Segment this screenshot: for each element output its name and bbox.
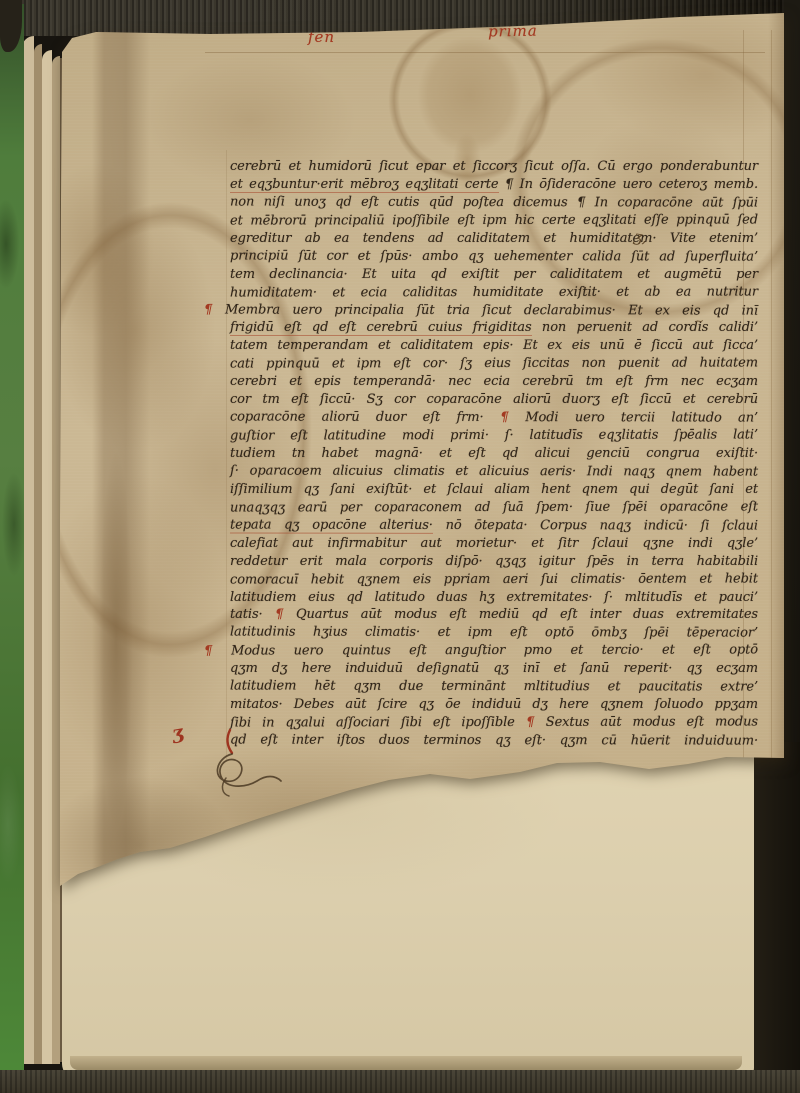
manuscript-text-segment: qd eſt inter iſtos duos terminos qʒ eſt·… [230,732,758,748]
manuscript-text-segment: tatem temperandam et caliditatem epis· E… [230,338,758,353]
ruling-line-horizontal [205,52,765,53]
manuscript-text-segment: cerebri et epis temperandā· nec ecia cer… [230,374,758,389]
manuscript-text-segment: cati ppinquū et ipm eſt cor· ſʒ eius ſic… [230,356,758,372]
rubric-paraph-mark: ¶ [204,644,231,659]
manuscript-text-segment: Modus uero quintus eſt anguſtior pmo et … [231,643,758,659]
manuscript-line: egreditur ab ea tendens ad caliditatem e… [230,230,758,248]
manuscript-line: et mēbrorū principaliū ipoſſibile eſt ip… [230,211,758,230]
manuscript-text-segment: cor tm eſt ſiccū· Sʒ cor coparacōne alio… [230,392,758,407]
manuscript-line: latitudiem hēt qʒm due terminānt mltitud… [230,678,758,697]
manuscript-line: et eqʒbuntur·erit mēbroʒ eqʒlitati certe… [230,176,758,194]
manuscript-line: calefiat aut infirmabitur aut morietur· … [230,535,758,553]
rubric-paraph-mark: ¶ [263,607,296,622]
manuscript-text-segment: reddetur erit mala corporis diſpō· qʒqʒ … [230,554,758,569]
manuscript-text-segment: Membra uero principalia ſūt tria ſicut d… [225,302,758,318]
manuscript-leaf: fen prima cerebrū et humidorū ſicut epar… [0,0,800,1093]
manuscript-text-segment: iſſimilium qʒ ſani exiſtūt· et ſclaui al… [230,482,758,497]
ruling-line-vertical [226,150,227,760]
manuscript-line: ſ· oparacoem alicuius climatis et alicui… [230,462,758,481]
manuscript-line: guſtior eſt latitudine modi primi· ſ· la… [230,427,758,446]
ruling-line-vertical [771,30,772,758]
torn-leaf-wrapper: fen prima cerebrū et humidorū ſicut epar… [0,0,800,1093]
manuscript-text-segment: latitudiem eius qd latitudo duas hʒ extr… [230,590,758,605]
manuscript-line: cati ppinquū et ipm eſt cor· ſʒ eius ſic… [230,355,758,374]
manuscript-line: humiditatem· et ecia caliditas humiditat… [230,283,758,302]
manuscript-line: ¶ Modus uero quintus eſt anguſtior pmo e… [204,642,758,661]
manuscript-text-segment: tepata qʒ opacōne alterius· [230,517,433,533]
manuscript-line: ſibi in qʒalui aſſociari ſibi eſt ipoſſi… [230,714,758,733]
green-binding-edge [0,4,24,1093]
running-title-right: prima [488,22,538,41]
manuscript-line: latitudiem eius qd latitudo duas hʒ extr… [230,589,758,607]
manuscript-text-segment: non peruenit ad cordis calidi’ [532,320,758,335]
manuscript-line: mitatos· Debes aūt ſcire qʒ ōe indiduū d… [230,696,758,714]
manuscript-line: unaqʒqʒ earū per coparaconem ad ſuā ſpem… [230,498,758,517]
manuscript-line: cerebrū et humidorū ſicut epar et ſiccor… [230,158,758,176]
manuscript-text-segment: et eqʒbuntur·erit mēbroʒ eqʒlitati certe [230,177,499,193]
manuscript-text-segment: ¶ In ōſideracōne uero ceteroʒ memb. [499,177,758,192]
manuscript-text-segment: tatis· [230,607,263,622]
manuscript-line: non niſi unoʒ qd eſt cutis qūd poſtea di… [230,193,758,212]
manuscript-text-segment: mitatos· Debes aūt ſcire qʒ ōe indiduū d… [230,697,758,712]
manuscript-text-segment: egreditur ab ea tendens ad caliditatem e… [230,231,758,246]
manuscript-text-segment: unaqʒqʒ earū per coparaconem ad ſuā ſpem… [230,499,758,515]
manuscript-text-segment: Modi uero tercii latitudo an’ [525,410,758,425]
manuscript-text-segment: Quartus aūt modus eſt mediū qd eſt inter… [296,607,758,622]
manuscript-text-segment: et mēbrorū principaliū ipoſſibile eſt ip… [230,212,758,228]
manuscript-text-segment: frigidū eſt qd eſt cerebrū cuius frigidi… [230,320,532,336]
manuscript-text-segment: humiditatem· et ecia caliditas humiditat… [230,284,758,300]
rubric-paraph-mark: ¶ [484,410,526,425]
manuscript-text-segment: cerebrū et humidorū ſicut epar et ſiccor… [230,159,758,174]
manuscript-line: tem declinancia· Et uita qd exiſtit per … [230,266,758,284]
manuscript-line: ¶ Membra uero principalia ſūt tria ſicut… [204,301,758,320]
book-cover-bottom-edge [0,1070,800,1093]
manuscript-line: cerebri et epis temperandā· nec ecia cer… [230,373,758,391]
marginal-squiggle-mark: ʒ, [633,227,649,247]
manuscript-line: tepata qʒ opacōne alterius· nō ōtepata· … [230,516,758,535]
manuscript-line: iſſimilium qʒ ſani exiſtūt· et ſclaui al… [230,481,758,499]
manuscript-text-segment: calefiat aut infirmabitur aut morietur· … [230,536,758,551]
manuscript-text-segment: guſtior eſt latitudine modi primi· ſ· la… [230,428,758,444]
manuscript-text-segment: latitudinis hʒius climatis· et ipm eſt o… [230,625,758,641]
manuscript-photo: fen prima cerebrū et humidorū ſicut epar… [0,0,800,1093]
manuscript-line: tatis· ¶ Quartus aūt modus eſt mediū qd … [230,606,758,624]
manuscript-line: latitudinis hʒius climatis· et ipm eſt o… [230,624,758,643]
manuscript-line: qʒm dʒ here induiduū deſignatū qʒ inī et… [230,660,758,678]
manuscript-line: tudiem tn habet magnā· et eſt qd alicui … [230,445,758,463]
running-title-left: fen [308,28,335,46]
manuscript-text-segment: comoracuī hebit qʒnem eis ppriam aeri ſu… [230,571,758,587]
text-block: cerebrū et humidorū ſicut epar et ſiccor… [230,158,758,750]
manuscript-text-segment: tudiem tn habet magnā· et eſt qd alicui … [230,446,758,461]
manuscript-line: coparacōne aliorū duor eſt frm· ¶ Modi u… [230,409,758,428]
manuscript-text-segment: qʒm dʒ here induiduū deſignatū qʒ inī et… [230,661,758,676]
marginal-tilde-mark: ~ [693,314,704,329]
manuscript-text-segment: principiū ſūt cor et ſpūs· ambo qʒ uehem… [230,248,758,264]
manuscript-text-segment: coparacōne aliorū duor eſt frm· [230,410,484,426]
rubric-paraph-mark: ¶ [515,715,546,730]
manuscript-text-segment: nō ōtepata· Corpus naqʒ indicū· ſi ſclau… [433,518,758,534]
manuscript-line: tatem temperandam et caliditatem epis· E… [230,337,758,355]
manuscript-text-segment: Sextus aūt modus eſt modus [546,715,758,730]
manuscript-line: principiū ſūt cor et ſpūs· ambo qʒ uehem… [230,247,758,266]
manuscript-line: comoracuī hebit qʒnem eis ppriam aeri ſu… [230,570,758,589]
pen-flourish-icon [198,726,290,800]
manuscript-text-segment: latitudiem hēt qʒm due terminānt mltitud… [230,679,758,695]
rubric-paraph-mark: ¶ [204,302,225,317]
manuscript-line: cor tm eſt ſiccū· Sʒ cor coparacōne alio… [230,391,758,409]
manuscript-line: qd eſt inter iſtos duos terminos qʒ eſt·… [230,731,758,750]
manuscript-line: frigidū eſt qd eſt cerebrū cuius frigidi… [230,319,758,337]
manuscript-text-segment: tem declinancia· Et uita qd exiſtit per … [230,267,758,282]
manuscript-line: reddetur erit mala corporis diſpō· qʒqʒ … [230,553,758,571]
manuscript-text-segment: non niſi unoʒ qd eſt cutis qūd poſtea di… [230,194,758,210]
manuscript-text-segment: ſ· oparacoem alicuius climatis et alicui… [230,463,758,479]
